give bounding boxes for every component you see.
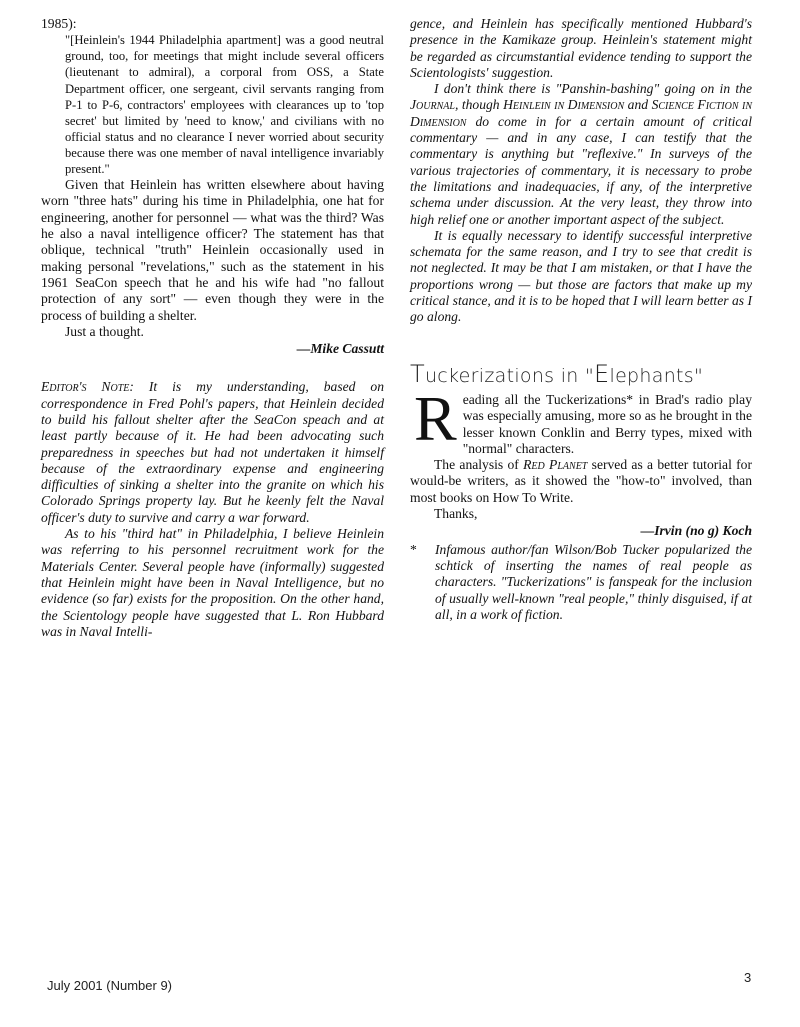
editor-note-label: Editor's Note: [41, 379, 134, 394]
letter-paragraph: Just a thought. [41, 324, 384, 340]
editor-note: Editor's Note: It is my understanding, b… [41, 379, 384, 526]
editor-note-continued: gence, and Heinlein has specifically men… [410, 16, 752, 81]
letter-paragraph: Given that Heinlein has written elsewher… [41, 177, 384, 324]
left-column: 1985): "[Heinlein's 1944 Philadelphia ap… [41, 16, 384, 640]
right-column: gence, and Heinlein has specifically men… [410, 16, 752, 623]
editor-note-paragraph: As to his "third hat" in Philadelphia, I… [41, 526, 384, 640]
issue-date: July 2001 (Number 9) [47, 978, 172, 993]
journal-title: Journal [410, 97, 455, 112]
editor-note-paragraph: It is equally necessary to identify succ… [410, 228, 752, 326]
editor-note-text: It is my understanding, based on corresp… [41, 379, 384, 524]
section-heading: Tuckerizations in "Elephants" [410, 366, 752, 384]
block-quote: "[Heinlein's 1944 Philadelphia apartment… [65, 32, 384, 177]
editor-note-paragraph: I don't think there is "Panshin-bashing"… [410, 81, 752, 228]
book-title: Red Planet [523, 457, 587, 472]
intro-text: 1985): [41, 16, 384, 32]
letter-paragraph: Reading all the Tuckerizations* in Brad'… [410, 392, 752, 457]
footnote: *Infamous author/fan Wilson/Bob Tucker p… [410, 542, 752, 623]
letter-paragraph: The analysis of Red Planet served as a b… [410, 457, 752, 506]
letter-signature: —Mike Cassutt [41, 341, 384, 357]
footnote-mark: * [410, 542, 417, 558]
book-title: Heinlein in Dimension [503, 97, 624, 112]
letter-closing: Thanks, [410, 506, 752, 522]
page-number: 3 [744, 970, 751, 985]
drop-cap: R [414, 394, 457, 444]
letter-signature: —Irvin (no g) Koch [410, 523, 752, 539]
